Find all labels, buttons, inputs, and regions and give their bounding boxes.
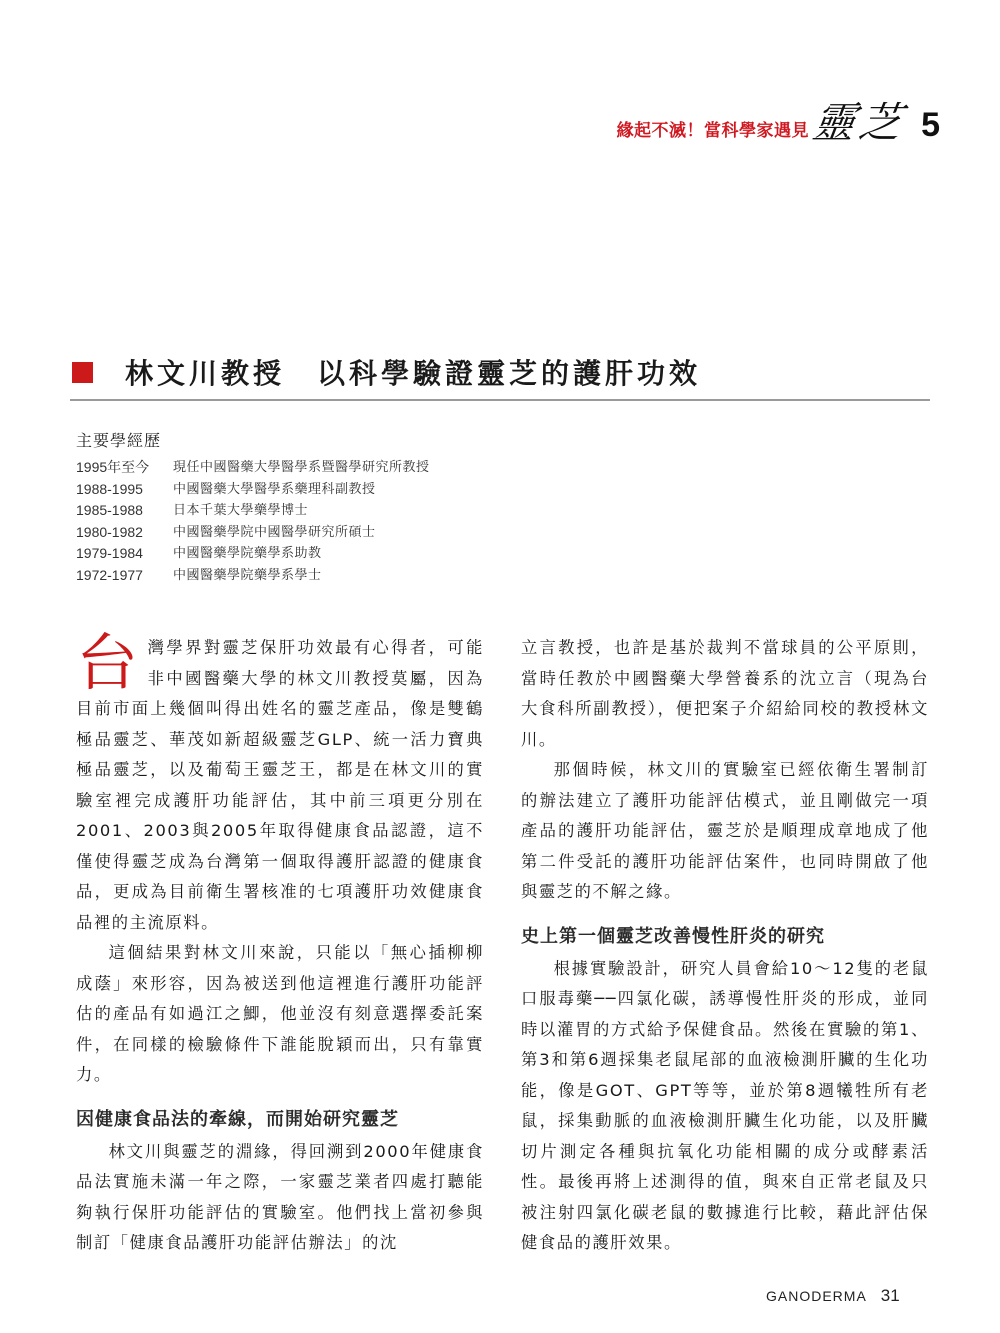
body-paragraph: 立言教授，也許是基於裁判不當球員的公平原則，當時任教於中國醫藥大學營養系的沈立言… [521, 633, 929, 755]
cv-heading: 主要學經歷 [76, 428, 430, 451]
section-subheading: 史上第一個靈芝改善慢性肝炎的研究 [521, 922, 929, 952]
cv-desc: 中國醫藥學院藥學系助教 [173, 543, 322, 565]
body-paragraph: 根據實驗設計，研究人員會給10～12隻的老鼠口服毒藥──四氯化碳，誘導慢性肝炎的… [521, 954, 929, 1259]
body-paragraph: 林文川與靈芝的淵緣，得回溯到2000年健康食品法實施未滿一年之際，一家靈芝業者四… [76, 1137, 484, 1259]
cv-years: 1995年至今 [76, 457, 173, 479]
title-divider [70, 399, 930, 401]
cv-block: 主要學經歷 1995年至今現任中國醫藥大學醫學系暨醫學研究所教授 1988-19… [76, 428, 430, 586]
cv-years: 1985-1988 [76, 500, 173, 522]
page-number: 31 [881, 1286, 900, 1306]
cv-entry: 1995年至今現任中國醫藥大學醫學系暨醫學研究所教授 [76, 457, 430, 479]
article-title-row: 林文川教授 以科學驗證靈芝的護肝功效 [72, 352, 701, 392]
body-paragraph: 這個結果對林文川來說，只能以「無心插柳柳成蔭」來形容，因為被送到他這裡進行護肝功… [76, 938, 484, 1091]
cv-desc: 中國醫藥大學醫學系藥理科副教授 [173, 479, 376, 501]
article-title: 林文川教授 以科學驗證靈芝的護肝功效 [125, 352, 701, 392]
magazine-name: GANODERMA [766, 1288, 867, 1304]
cv-desc: 現任中國醫藥大學醫學系暨醫學研究所教授 [173, 457, 430, 479]
chapter-header: 緣起不滅！當科學家遇見 靈芝 5 [617, 100, 940, 145]
cv-years: 1979-1984 [76, 543, 173, 565]
body-paragraph: 那個時候，林文川的實驗室已經依衛生署制訂的辦法建立了護肝功能評估模式，並且剛做完… [521, 755, 929, 908]
cv-entry: 1979-1984中國醫藥學院藥學系助教 [76, 543, 430, 565]
cv-years: 1972-1977 [76, 565, 173, 587]
cv-years: 1988-1995 [76, 479, 173, 501]
intro-paragraph: 台灣學界對靈芝保肝功效最有心得者，可能非中國醫藥大學的林文川教授莫屬，因為目前市… [76, 633, 484, 938]
chapter-number: 5 [921, 106, 940, 145]
cv-years: 1980-1982 [76, 522, 173, 544]
page-footer: GANODERMA 31 [766, 1286, 900, 1306]
lingzhi-calligraphy: 靈芝 [810, 102, 908, 144]
series-tag: 緣起不滅！當科學家遇見 [617, 116, 810, 141]
red-square-marker-icon [72, 362, 93, 383]
cv-entry: 1985-1988日本千葉大學藥學博士 [76, 500, 430, 522]
cv-entry: 1972-1977中國醫藥學院藥學系學士 [76, 565, 430, 587]
drop-cap: 台 [76, 635, 140, 691]
cv-desc: 日本千葉大學藥學博士 [173, 500, 308, 522]
cv-entry: 1988-1995中國醫藥大學醫學系藥理科副教授 [76, 479, 430, 501]
body-column-left: 台灣學界對靈芝保肝功效最有心得者，可能非中國醫藥大學的林文川教授莫屬，因為目前市… [76, 633, 484, 1259]
cv-desc: 中國醫藥學院中國醫學研究所碩士 [173, 522, 376, 544]
section-subheading: 因健康食品法的牽線，而開始研究靈芝 [76, 1105, 484, 1135]
cv-desc: 中國醫藥學院藥學系學士 [173, 565, 322, 587]
body-column-right: 立言教授，也許是基於裁判不當球員的公平原則，當時任教於中國醫藥大學營養系的沈立言… [521, 633, 929, 1259]
cv-entry: 1980-1982中國醫藥學院中國醫學研究所碩士 [76, 522, 430, 544]
